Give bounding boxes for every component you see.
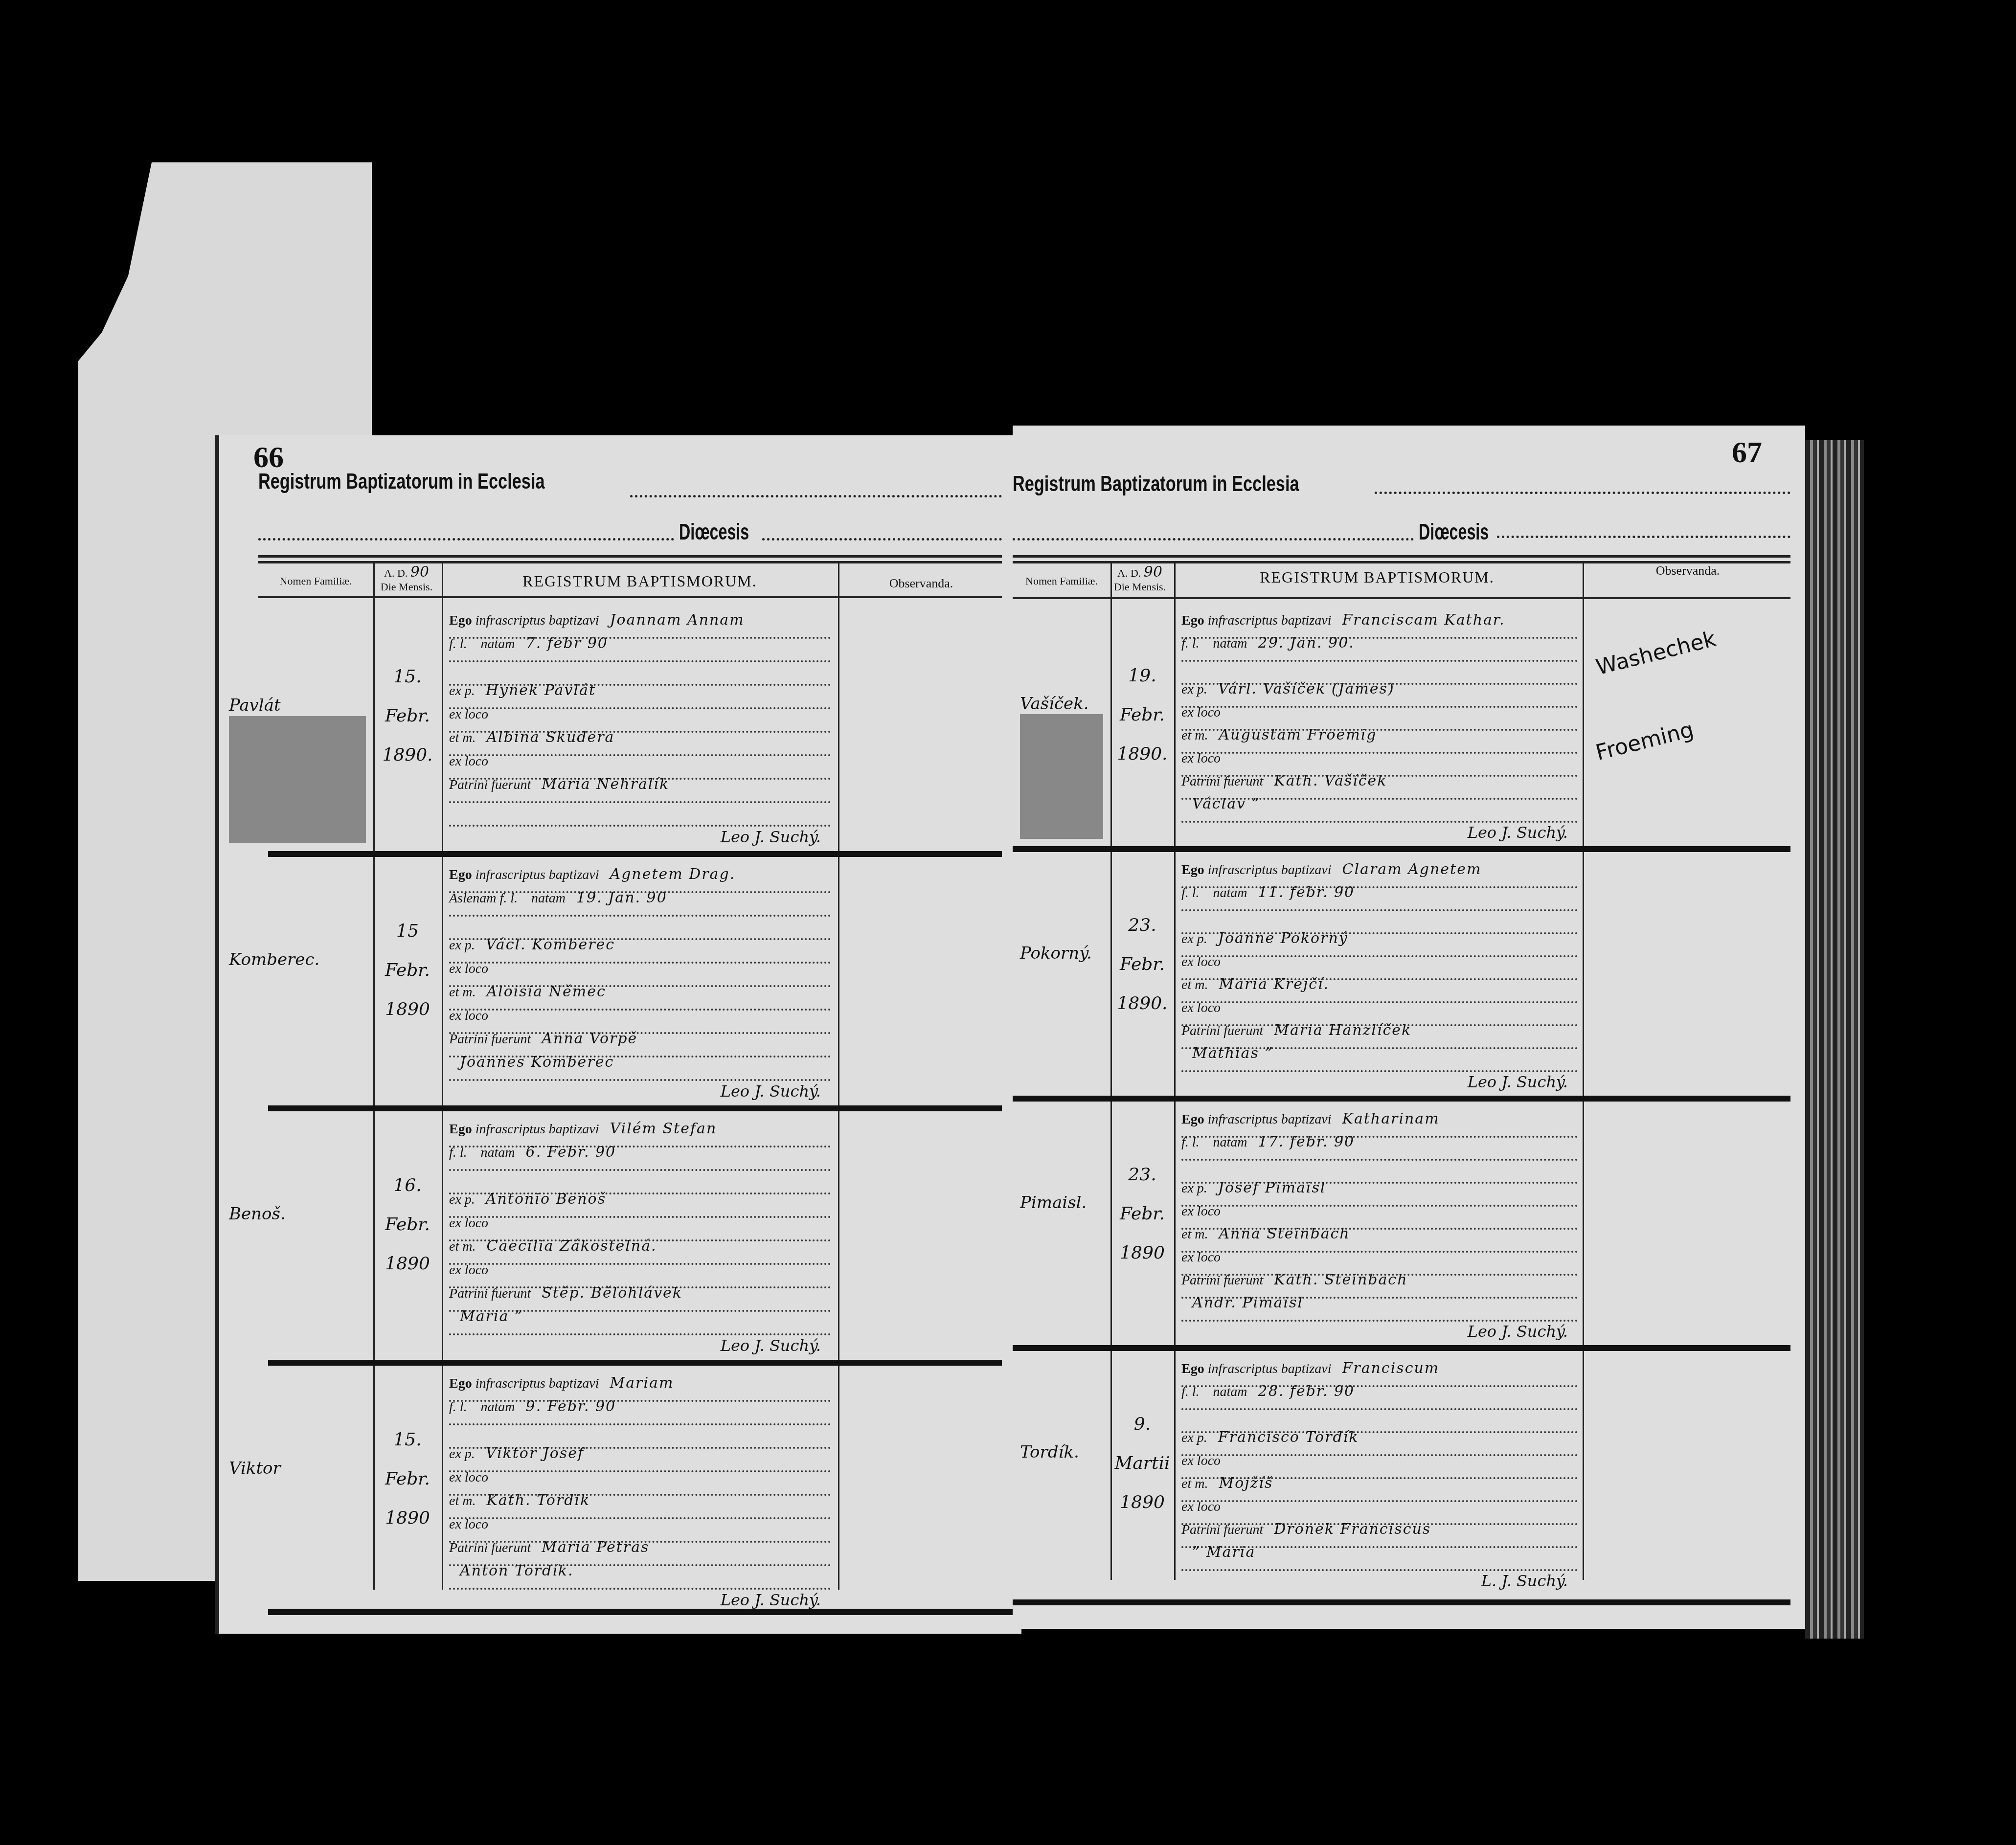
handwritten-value: Maria Krejčí. <box>1219 976 1329 993</box>
form-label: et m. <box>1181 977 1208 992</box>
form-label: f. l. natam <box>449 1399 515 1415</box>
form-label: ex loco <box>1181 1204 1221 1219</box>
observanda-note: Froeming <box>1593 717 1696 765</box>
entry-body: Ego infrascriptus baptizaviFranciscumf. … <box>1181 1360 1578 1590</box>
date-part: 1890 <box>376 1499 439 1538</box>
form-label: et m. <box>1181 728 1208 743</box>
family-name: Pokorný. <box>1020 944 1108 963</box>
date-part: Martii <box>1113 1444 1172 1483</box>
form-label: Patrini fuerunt <box>449 1032 531 1047</box>
handwritten-value: Andr. Pimaisl <box>1192 1294 1303 1311</box>
date-part: 15 <box>376 912 439 951</box>
handwritten-value: Joanne Pokorný <box>1218 930 1348 947</box>
form-label: Ego infrascriptus baptizavi <box>1181 613 1331 628</box>
entry-separator <box>1013 846 1790 852</box>
diocese-label: Diœcesis <box>679 518 749 545</box>
form-label: ex loco <box>1181 1499 1221 1514</box>
col-observanda: Observanda. <box>840 576 1002 591</box>
form-label: f. l. natam <box>449 636 515 652</box>
form-label: et m. <box>1181 1227 1208 1242</box>
form-label: et m. <box>1181 1476 1208 1491</box>
col-family: Nomen Familiæ. <box>258 575 373 587</box>
col-observanda: Observanda. <box>1585 563 1790 578</box>
form-label: ex loco <box>1181 705 1221 720</box>
left-page: 66 Registrum Baptizatorum in Ecclesia Di… <box>215 435 1021 1634</box>
handwritten-value: Stěp. Bělohlávek <box>542 1284 682 1302</box>
form-line <box>449 799 831 827</box>
form-label: ex loco <box>449 1262 488 1278</box>
form-line: Mathias ” <box>1181 1045 1578 1072</box>
handwritten-value: Anton Tordík. <box>460 1562 574 1579</box>
handwritten-value: ” Maria <box>1192 1544 1255 1561</box>
handwritten-value: Václ. Komberec <box>486 936 615 953</box>
handwritten-value: Caecilia Zákostelná. <box>486 1237 657 1255</box>
form-label: ex loco <box>1181 751 1221 766</box>
entry-body: Ego infrascriptus baptizaviFranciscam Ka… <box>1181 611 1578 841</box>
form-label: Patrini fuerunt <box>1181 1273 1263 1288</box>
handwritten-value: 29. Jan. 90. <box>1258 634 1355 652</box>
handwritten-value: Katharinam <box>1342 1110 1439 1127</box>
priest-signature: Leo J. Suchý. <box>1468 823 1568 842</box>
family-name: Pavlát <box>229 696 371 715</box>
handwritten-value: Aloisia Němec <box>486 983 606 1000</box>
form-label: ex loco <box>449 1517 488 1532</box>
church-field <box>630 495 1002 497</box>
entry-body: Ego infrascriptus baptizaviMariamf. l. n… <box>449 1374 831 1609</box>
header-rule <box>258 596 1002 598</box>
diocese-field-right <box>762 538 1002 540</box>
handwritten-value: Mariam <box>610 1374 674 1392</box>
date-part: 1890 <box>376 990 439 1029</box>
form-label: Ego infrascriptus baptizavi <box>449 1122 599 1137</box>
diocese-field-left <box>1013 538 1414 540</box>
entry-body: Ego infrascriptus baptizaviJoannam Annam… <box>449 611 831 846</box>
handwritten-value: 19. Jan. 90 <box>576 889 667 906</box>
col-date: A. D. 90 Die Mensis. <box>1110 563 1169 593</box>
form-label: Patrini fuerunt <box>449 1540 531 1555</box>
form-label: ex loco <box>1181 1250 1221 1265</box>
form-label: ex loco <box>449 707 488 722</box>
entry-separator <box>268 851 1002 857</box>
form-label: ex loco <box>449 961 488 976</box>
date-part: 1890. <box>376 736 439 775</box>
form-label: ex loco <box>449 1008 488 1023</box>
family-name: Komberec. <box>229 950 371 969</box>
form-label: ex p. <box>1181 1430 1207 1445</box>
family-name: Benoš. <box>229 1204 371 1224</box>
handwritten-value: Mathias ” <box>1192 1045 1273 1062</box>
date-part: 1890. <box>1113 984 1172 1023</box>
date-part: Febr. <box>1113 696 1172 735</box>
form-label: et m. <box>449 985 476 1000</box>
date-part: 15. <box>376 657 439 697</box>
form-label: Aslenam f. l. natam <box>449 891 566 906</box>
entry-separator <box>1013 1345 1790 1351</box>
family-name: Viktor <box>229 1459 371 1478</box>
entry-separator <box>1013 1096 1790 1102</box>
handwritten-value: Franciscum <box>1342 1360 1439 1377</box>
form-line: ” Maria <box>1181 1544 1578 1571</box>
handwritten-value: 9. Febr. 90 <box>526 1398 616 1415</box>
form-label: et m. <box>449 1239 476 1254</box>
form-label: f. l. natam <box>449 1145 515 1160</box>
family-name: Vašíček. <box>1020 694 1108 714</box>
date-part: 1890 <box>376 1244 439 1283</box>
redacted-block <box>229 716 366 843</box>
form-label: Patrini fuerunt <box>449 1286 531 1301</box>
handwritten-value: 28. febr. 90 <box>1258 1383 1355 1400</box>
form-label: ex loco <box>1181 1000 1221 1015</box>
page-title: Registrum Baptizatorum in Ecclesia <box>1013 472 1299 496</box>
handwritten-value: Claram Agnetem <box>1342 861 1481 878</box>
baptism-date: 9.Martii1890 <box>1113 1405 1172 1522</box>
handwritten-value: Kath. Vašíček <box>1274 772 1387 789</box>
page-number: 67 <box>1732 435 1762 470</box>
family-name: Pimaisl. <box>1020 1193 1108 1213</box>
handwritten-value: Augustam Froemig <box>1219 726 1377 743</box>
date-part: 15. <box>376 1420 439 1460</box>
priest-signature: L. J. Suchý. <box>1481 1572 1568 1590</box>
priest-signature: Leo J. Suchý. <box>721 1082 821 1101</box>
handwritten-value: 17. febr. 90 <box>1258 1133 1355 1150</box>
handwritten-value: Vilém Stefan <box>610 1120 717 1137</box>
handwritten-value: Albina Skudera <box>486 729 614 746</box>
form-label: Patrini fuerunt <box>1181 1522 1263 1537</box>
form-label: f. l. natam <box>1181 1135 1247 1150</box>
entry-body: Ego infrascriptus baptizaviVilém Stefanf… <box>449 1120 831 1355</box>
col-family: Nomen Familiæ. <box>1013 575 1110 587</box>
form-label: ex p. <box>449 1192 475 1207</box>
form-line: Václav ” <box>1181 795 1578 823</box>
handwritten-value: Anna Steinbach <box>1219 1225 1350 1242</box>
handwritten-value: Kath. Tordik <box>486 1492 590 1509</box>
handwritten-value: Francisco Tordík <box>1218 1429 1359 1446</box>
form-label: ex p. <box>1181 1181 1207 1196</box>
family-name: Tordík. <box>1020 1442 1108 1462</box>
baptism-date: 16.Febr.1890 <box>376 1166 439 1283</box>
page-title: Registrum Baptizatorum in Ecclesia <box>258 470 545 494</box>
col-registrum: REGISTRUM BAPTISMORUM. <box>1174 568 1580 586</box>
col-date: A. D. 90 Die Mensis. <box>375 563 438 593</box>
handwritten-value: Joannes Komberec <box>460 1054 614 1071</box>
date-part: Febr. <box>1113 945 1172 984</box>
handwritten-value: Maria Petras <box>542 1539 649 1556</box>
handwritten-value: Várl. Vašíček (James) <box>1218 680 1395 697</box>
form-line: Andr. Pimaisl <box>1181 1294 1578 1322</box>
form-label: Patrini fuerunt <box>1181 774 1263 789</box>
handwritten-value: Maria Hanzlíček <box>1274 1022 1411 1039</box>
priest-signature: Leo J. Suchý. <box>721 1591 821 1609</box>
page-edges <box>1805 440 1864 1639</box>
observanda-note: Washechek <box>1594 626 1719 680</box>
form-label: ex p. <box>1181 931 1207 946</box>
right-page: 67 Registrum Baptizatorum in Ecclesia Di… <box>1013 426 1805 1629</box>
form-label: ex loco <box>449 754 488 769</box>
form-label: ex loco <box>1181 954 1221 969</box>
church-field <box>1375 492 1790 494</box>
form-label: f. l. natam <box>1181 885 1247 900</box>
form-label: ex loco <box>449 1470 488 1485</box>
baptism-date: 23.Febr.1890 <box>1113 1155 1172 1273</box>
handwritten-value: 11. febr. 90 <box>1258 884 1355 901</box>
priest-signature: Leo J. Suchý. <box>1468 1073 1568 1091</box>
handwritten-value: Viktor Josef <box>486 1445 584 1462</box>
diocese-field-right <box>1497 536 1790 538</box>
handwritten-value: Kath. Steinbach <box>1274 1271 1407 1288</box>
handwritten-value: 6. Febr. 90 <box>526 1144 616 1161</box>
baptism-date: 15.Febr.1890. <box>376 657 439 775</box>
date-part: Febr. <box>376 951 439 990</box>
header-rule <box>258 555 1002 558</box>
form-label: Ego infrascriptus baptizavi <box>1181 1112 1331 1127</box>
form-label: Ego infrascriptus baptizavi <box>449 867 599 882</box>
baptism-date: 15.Febr.1890 <box>376 1420 439 1538</box>
handwritten-value: Maria Nehralík <box>542 776 669 793</box>
form-label: et m. <box>449 1493 476 1508</box>
form-label: Ego infrascriptus baptizavi <box>1181 1361 1331 1376</box>
handwritten-value: Mojžíš <box>1219 1475 1273 1492</box>
entry-separator <box>268 1105 1002 1111</box>
form-label: Patrini fuerunt <box>449 777 531 792</box>
handwritten-value: Maria ” <box>460 1308 523 1325</box>
date-part: Febr. <box>1113 1194 1172 1234</box>
date-part: 9. <box>1113 1405 1172 1444</box>
handwritten-value: Dronek Franciscus <box>1274 1521 1431 1538</box>
priest-signature: Leo J. Suchý. <box>721 1336 821 1355</box>
handwritten-value: Joannam Annam <box>610 611 744 629</box>
form-line: Joannes Komberec <box>449 1054 831 1081</box>
date-part: Febr. <box>376 1205 439 1244</box>
redacted-block <box>1020 714 1103 839</box>
diocese-field-left <box>258 538 674 540</box>
priest-signature: Leo J. Suchý. <box>1468 1322 1568 1341</box>
form-label: ex loco <box>449 1215 488 1231</box>
form-line: Maria ” <box>449 1308 831 1335</box>
handwritten-value: Franciscam Kathar. <box>1342 611 1505 629</box>
form-label: f. l. natam <box>1181 1384 1247 1399</box>
handwritten-value: Hynek Pavlát <box>486 682 596 699</box>
handwritten-value: 7. febr 90 <box>526 635 608 652</box>
baptism-date: 23.Febr.1890. <box>1113 906 1172 1023</box>
date-part: 23. <box>1113 1155 1172 1194</box>
form-label: ex p. <box>449 1446 475 1462</box>
form-label: Patrini fuerunt <box>1181 1023 1263 1038</box>
entry-body: Ego infrascriptus baptizaviKatharinamf. … <box>1181 1110 1578 1340</box>
date-part: Febr. <box>376 1460 439 1499</box>
date-part: 1890 <box>1113 1234 1172 1273</box>
handwritten-value: Anna Vorpě <box>542 1030 637 1047</box>
date-part: 1890. <box>1113 735 1172 774</box>
form-label: Ego infrascriptus baptizavi <box>449 1376 599 1391</box>
date-part: 16. <box>376 1166 439 1205</box>
date-part: 23. <box>1113 906 1172 945</box>
col-registrum: REGISTRUM BAPTISMORUM. <box>442 572 838 590</box>
form-label: et m. <box>449 730 476 745</box>
handwritten-value: Agnetem Drag. <box>610 866 735 883</box>
header-rule <box>258 561 1002 563</box>
entry-body: Ego infrascriptus baptizaviClaram Agnete… <box>1181 861 1578 1091</box>
form-label: ex loco <box>1181 1453 1221 1468</box>
handwritten-value: Josef Pimaisl <box>1218 1179 1326 1196</box>
form-line: Anton Tordík. <box>449 1562 831 1590</box>
form-label: ex p. <box>449 938 475 953</box>
entry-separator <box>268 1360 1002 1366</box>
date-part: 1890 <box>1113 1483 1172 1522</box>
baptism-date: 15Febr.1890 <box>376 912 439 1029</box>
baptism-date: 19.Febr.1890. <box>1113 656 1172 774</box>
form-label: Ego infrascriptus baptizavi <box>449 613 599 628</box>
form-label: ex p. <box>1181 682 1207 697</box>
date-part: 19. <box>1113 656 1172 696</box>
date-part: Febr. <box>376 697 439 736</box>
priest-signature: Leo J. Suchý. <box>721 828 821 846</box>
diocese-label: Diœcesis <box>1419 518 1489 545</box>
form-label: Ego infrascriptus baptizavi <box>1181 862 1331 877</box>
form-label: ex p. <box>449 683 475 698</box>
form-label: f. l. natam <box>1181 636 1247 651</box>
handwritten-value: Antonio Benoš <box>486 1191 606 1208</box>
entry-body: Ego infrascriptus baptizaviAgnetem Drag.… <box>449 866 831 1101</box>
handwritten-value: Václav ” <box>1192 795 1260 812</box>
